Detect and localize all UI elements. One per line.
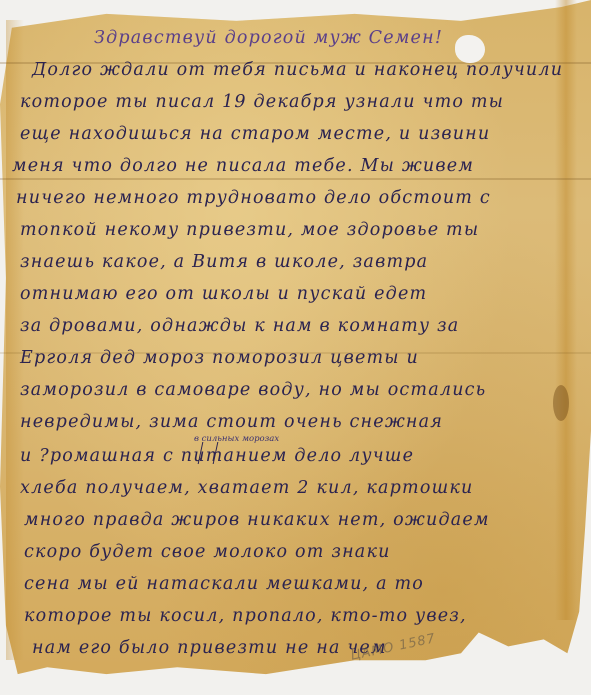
letter-line: которое ты косил, пропало, кто-то увез, (24, 606, 467, 626)
letter-line: топкой некому привезти, мое здоровье ты (20, 220, 479, 240)
letter-line: заморозил в самоваре воду, но мы осталис… (20, 380, 486, 400)
paper-edge-right (555, 0, 577, 620)
letter-line: ничего немного трудновато дело обстоит с (16, 188, 491, 208)
letter-line: еще находишься на старом месте, и извини (20, 124, 490, 144)
letter-line: знаешь какое, а Витя в школе, завтра (20, 252, 428, 272)
letter-line: отнимаю его от школы и пускай едет (20, 284, 427, 304)
letter-greeting: Здравствуй дорогой муж Семен! (94, 28, 443, 48)
letter-line: за дровами, однажды к нам в комнату за (20, 316, 459, 336)
letter-line: скоро будет свое молоко от знаки (24, 542, 391, 562)
letter-line: невредимы, зима стоит очень снежная (20, 412, 443, 432)
letter-line: которое ты писал 19 декабря узнали что т… (20, 92, 504, 112)
letter-line: хлеба получаем, хватает 2 кил, картошки (20, 478, 474, 498)
letter-line: сена мы ей натаскали мешками, а то (24, 574, 424, 594)
letter-line: много правда жиров никаких нет, ожидаем (24, 510, 490, 530)
paper-fold (0, 178, 591, 180)
letter-line: и ?ромашная с питанием дело лучше (20, 446, 414, 466)
letter-line: Долго ждали от тебя письма и наконец пол… (32, 60, 563, 80)
paper-edge-left (6, 20, 24, 660)
letter-line: меня что долго не писала тебе. Мы живем (12, 156, 474, 176)
letter-line: нам его было привезти не на чем (32, 638, 387, 658)
paper-stain (553, 385, 569, 421)
paper-hole (455, 35, 485, 63)
letter-line: Ерголя дед мороз поморозил цветы и (20, 348, 419, 368)
